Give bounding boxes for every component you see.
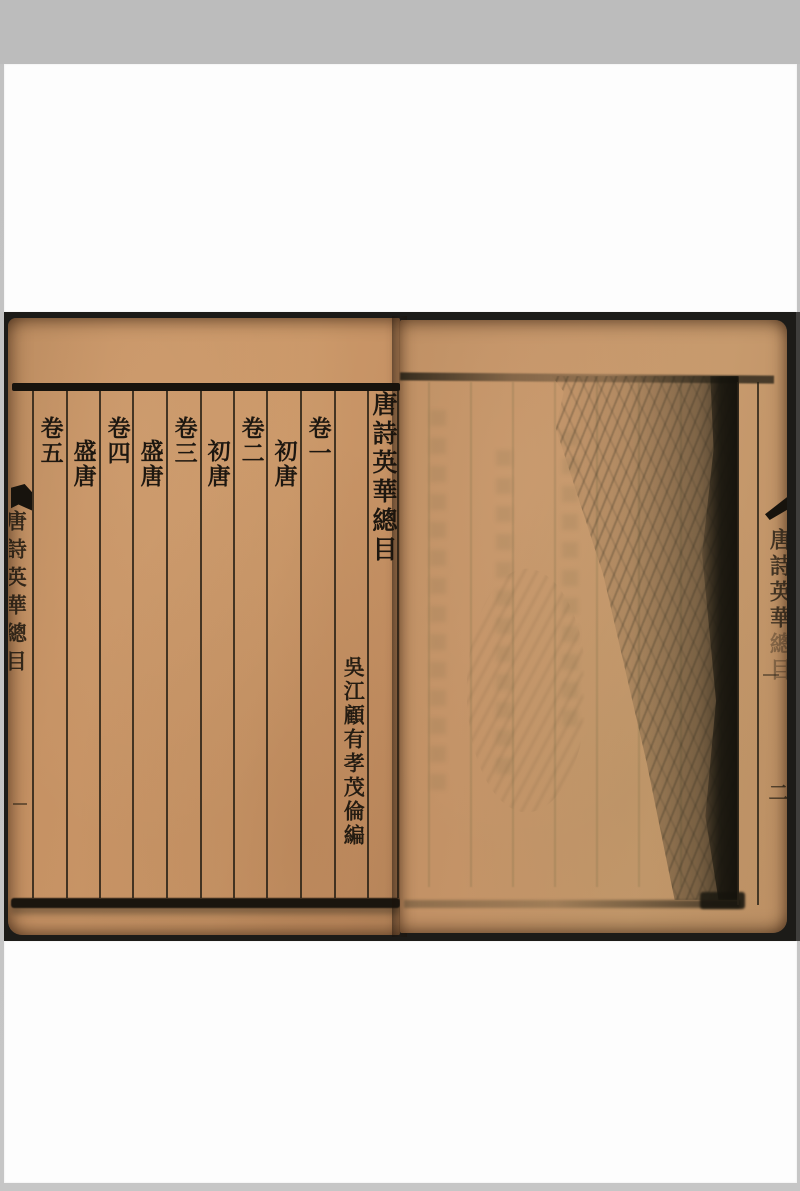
right-banxin-title: 唐詩英華總目	[765, 528, 787, 684]
column-line	[233, 391, 235, 898]
column-line	[132, 391, 134, 898]
banxin-divider-dash	[763, 674, 779, 676]
toc-period-4: 盛唐	[68, 439, 96, 489]
scan-viewer: 唐詩英華總目 唐詩英華總目 吳江顧有孝茂倫編 卷一 初唐 卷二 初唐 卷三 盛唐…	[0, 0, 800, 1191]
banxin-divider-dash	[13, 803, 27, 805]
left-banxin-title: 唐詩英華總目	[9, 510, 27, 678]
toc-volume-1: 卷一	[303, 416, 331, 466]
toc-volume-4: 卷四	[102, 416, 130, 466]
ink-smudge-streaks	[458, 558, 583, 823]
column-line	[300, 391, 302, 898]
bottom-border-rule	[11, 898, 400, 908]
column-line	[266, 391, 268, 898]
editor-credit: 吳江顧有孝茂倫編	[340, 656, 365, 848]
right-page: 唐詩英華總目 二	[400, 320, 787, 933]
column-line	[334, 391, 336, 898]
toc-volume-5: 卷五	[35, 416, 63, 466]
toc-period-1: 初唐	[269, 439, 297, 489]
fishtail-mark-icon	[765, 494, 787, 520]
toc-period-3: 盛唐	[135, 439, 163, 489]
show-through-text-ghost	[430, 410, 446, 790]
left-page: 唐詩英華總目 唐詩英華總目 吳江顧有孝茂倫編 卷一 初唐 卷二 初唐 卷三 盛唐…	[8, 318, 400, 935]
left-banxin-strip: 唐詩英華總目	[9, 478, 32, 918]
right-banxin-strip: 唐詩英華總目 二	[757, 382, 787, 905]
white-backing-bottom	[4, 941, 797, 1183]
show-through-line	[470, 382, 472, 887]
column-line	[99, 391, 101, 898]
show-through-bottom-rule	[404, 900, 740, 908]
toc-volume-2: 卷二	[236, 416, 264, 466]
toc-period-2: 初唐	[202, 439, 230, 489]
toc-volume-3: 卷三	[169, 416, 197, 466]
white-backing-top	[4, 64, 797, 312]
right-banxin-title-main: 唐詩英華	[766, 528, 787, 632]
right-banxin-title-faint: 總目	[766, 632, 787, 684]
book-photo: 唐詩英華總目 唐詩英華總目 吳江顧有孝茂倫編 卷一 初唐 卷二 初唐 卷三 盛唐…	[4, 312, 800, 941]
column-line	[32, 391, 34, 898]
banxin-column-line	[737, 382, 739, 905]
top-border-rule	[12, 383, 400, 391]
leaf-number: 二	[765, 782, 787, 804]
photo-right-edge	[796, 312, 800, 941]
fishtail-mark-icon	[11, 484, 32, 511]
column-line	[166, 391, 168, 898]
